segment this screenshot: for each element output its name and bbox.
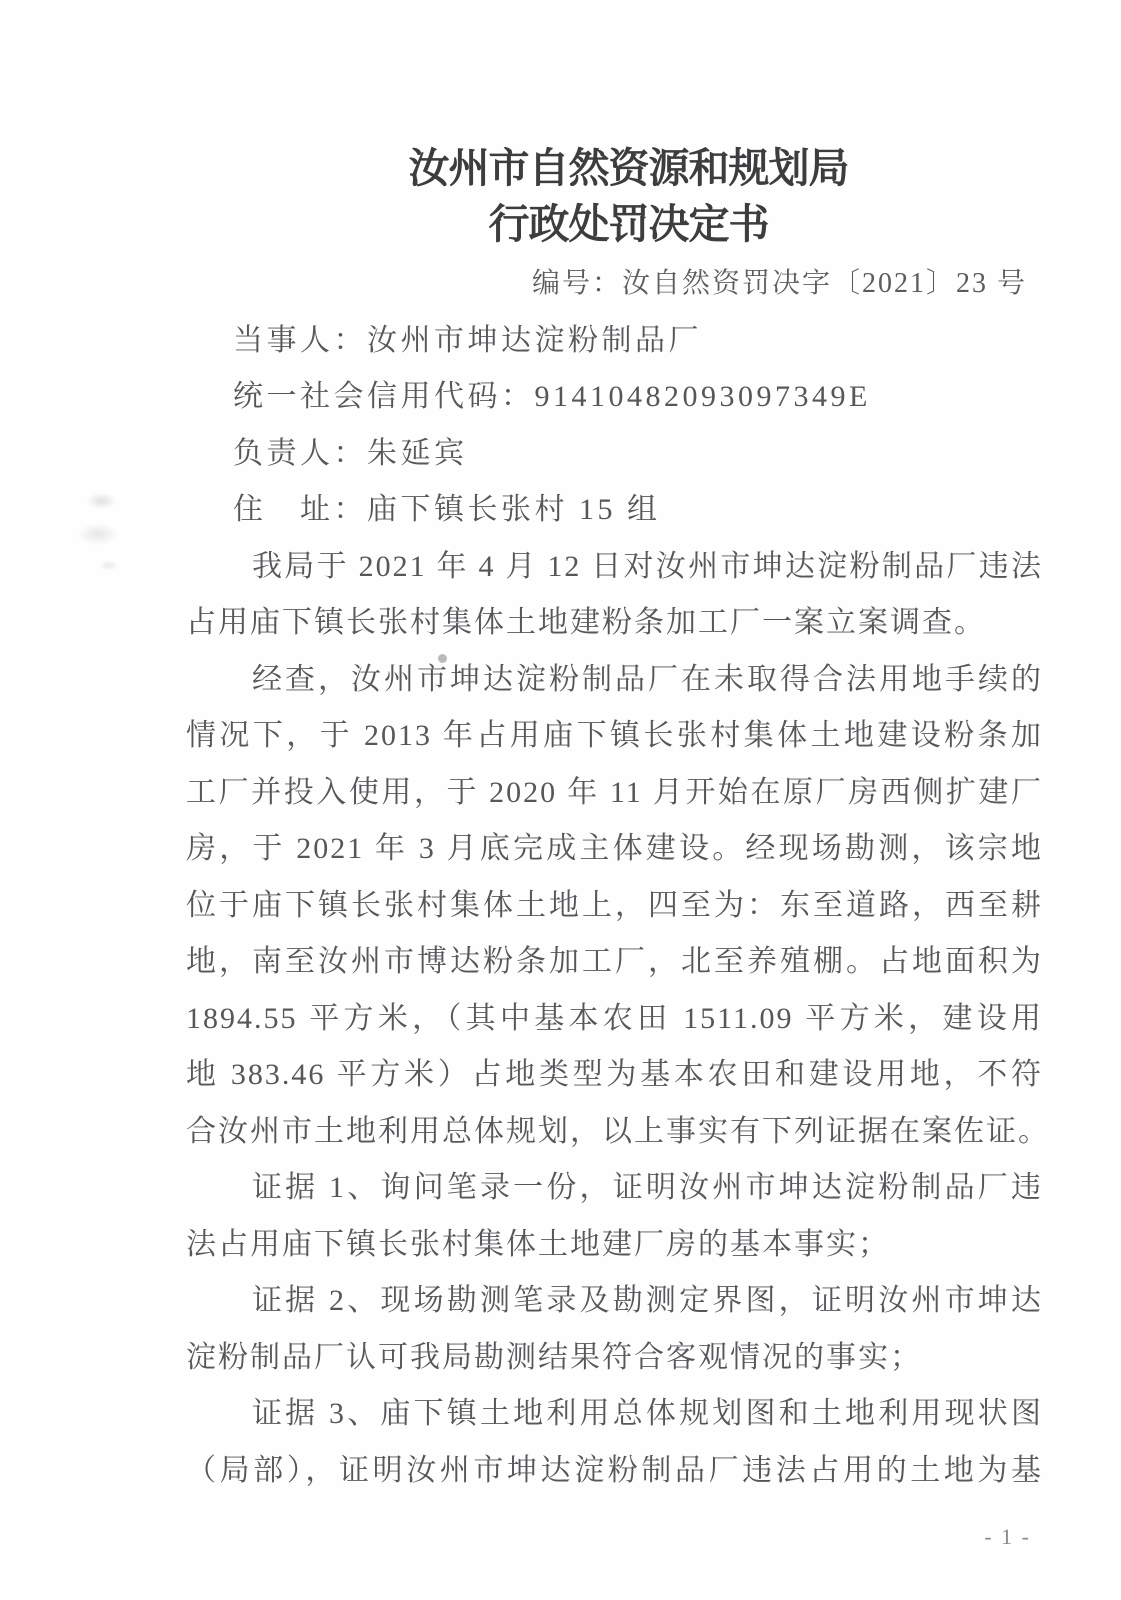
doc-line: 当事人：汝州市坤达淀粉制品厂 xyxy=(186,313,1043,370)
doc-line: 占用庙下镇长张村集体土地建粉条加工厂一案立案调查。 xyxy=(186,595,1043,652)
page-number: - 1 - xyxy=(984,1524,1031,1550)
scan-speck xyxy=(438,654,447,663)
doc-line: 经查，汝州市坤达淀粉制品厂在未取得合法用地手续的 xyxy=(186,652,1043,709)
doc-line: 工厂并投入使用，于 2020 年 11 月开始在原厂房西侧扩建厂 xyxy=(186,765,1043,822)
doc-line: 房，于 2021 年 3 月底完成主体建设。经现场勘测，该宗地 xyxy=(186,821,1043,878)
document-number: 编号：汝自然资罚决字〔2021〕23 号 xyxy=(186,256,1043,313)
document-title-line2: 行政处罚决定书 xyxy=(136,196,1121,252)
document-lines: 当事人：汝州市坤达淀粉制品厂统一社会信用代码：91410482093097349… xyxy=(186,313,1043,1500)
doc-line: 合汝州市土地利用总体规划，以上事实有下列证据在案佐证。 xyxy=(186,1104,1043,1161)
doc-line: 证据 3、庙下镇土地利用总体规划图和土地利用现状图 xyxy=(186,1386,1043,1443)
doc-line: 住 址：庙下镇长张村 15 组 xyxy=(186,482,1043,539)
document-title-line1: 汝州市自然资源和规划局 xyxy=(136,140,1121,196)
document-body: 编号：汝自然资罚决字〔2021〕23 号 当事人：汝州市坤达淀粉制品厂统一社会信… xyxy=(186,256,1043,1499)
doc-line: 我局于 2021 年 4 月 12 日对汝州市坤达淀粉制品厂违法 xyxy=(186,539,1043,596)
doc-line: 统一社会信用代码：91410482093097349E xyxy=(186,369,1043,426)
document-title: 汝州市自然资源和规划局 行政处罚决定书 xyxy=(136,140,1121,252)
doc-line: 地 383.46 平方米）占地类型为基本农田和建设用地，不符 xyxy=(186,1047,1043,1104)
doc-line: 证据 2、现场勘测笔录及勘测定界图，证明汝州市坤达 xyxy=(186,1273,1043,1330)
doc-line: 位于庙下镇长张村集体土地上，四至为：东至道路，西至耕 xyxy=(186,878,1043,935)
scan-smudge xyxy=(70,482,140,577)
doc-line: 地，南至汝州市博达粉条加工厂，北至养殖棚。占地面积为 xyxy=(186,934,1043,991)
doc-line: （局部），证明汝州市坤达淀粉制品厂违法占用的土地为基 xyxy=(186,1443,1043,1500)
doc-line: 情况下，于 2013 年占用庙下镇长张村集体土地建设粉条加 xyxy=(186,708,1043,765)
doc-line: 负责人：朱延宾 xyxy=(186,426,1043,483)
doc-line: 法占用庙下镇长张村集体土地建厂房的基本事实； xyxy=(186,1217,1043,1274)
doc-line: 证据 1、询问笔录一份，证明汝州市坤达淀粉制品厂违 xyxy=(186,1160,1043,1217)
doc-line: 1894.55 平方米，（其中基本农田 1511.09 平方米，建设用 xyxy=(186,991,1043,1048)
document-page: 汝州市自然资源和规划局 行政处罚决定书 编号：汝自然资罚决字〔2021〕23 号… xyxy=(0,0,1121,1600)
doc-line: 淀粉制品厂认可我局勘测结果符合客观情况的事实； xyxy=(186,1330,1043,1387)
